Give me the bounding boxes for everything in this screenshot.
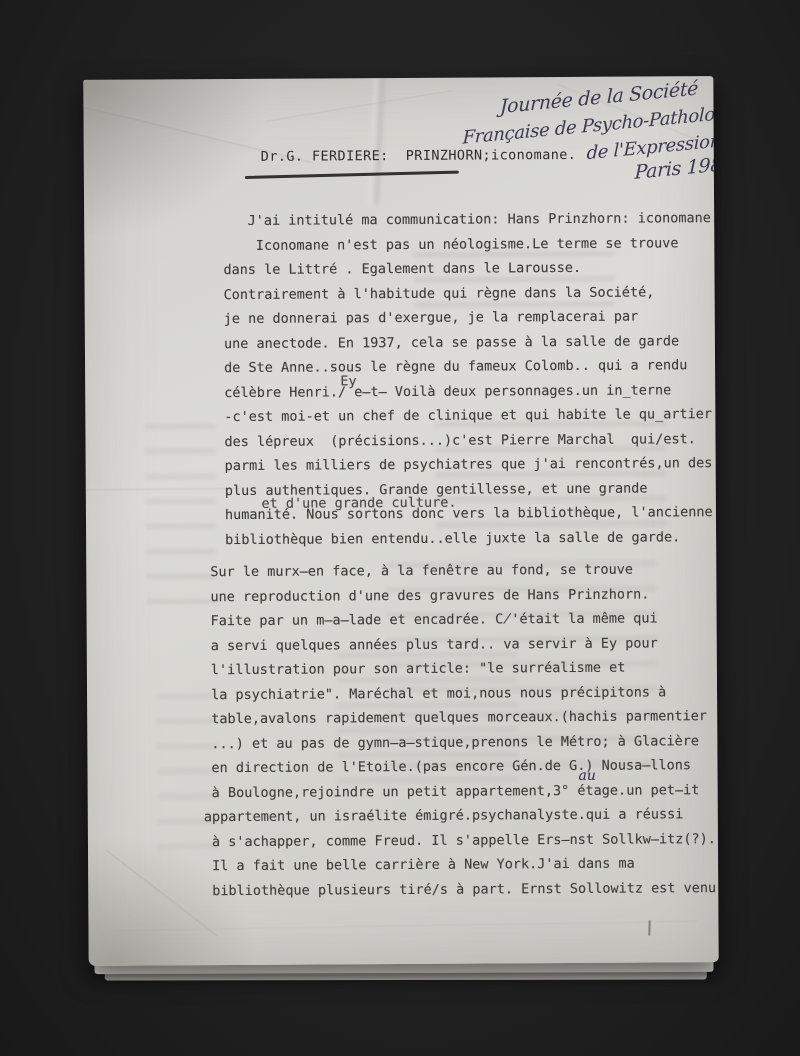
title-underline: [245, 171, 459, 179]
typed-insertion-ey: Ey: [340, 369, 356, 394]
typed-line: bibliothèque bien entendu..elle juxte la…: [86, 525, 716, 553]
typed-line: bibliothèque plusieurs tiré/s à part. Er…: [88, 876, 718, 904]
paper-crease: [265, 89, 453, 122]
handwritten-annotation: Journée de la Société Française de Psych…: [459, 76, 719, 215]
typed-insertion-culture: et d'une grande culture.: [261, 491, 456, 517]
manuscript-photo: Journée de la Société Française de Psych…: [0, 0, 800, 1056]
document-title: Dr.G. FERDIERE: PRINZHORN;iconomane.: [261, 147, 577, 165]
handwritten-insertion-au: au: [578, 767, 595, 783]
stray-pen-mark: [648, 920, 650, 935]
paper-crease: [369, 76, 385, 204]
typed-lines: J'ai intitulé ma communication: Hans Pri…: [84, 206, 718, 904]
typescript-page: Journée de la Société Française de Psych…: [83, 76, 718, 966]
